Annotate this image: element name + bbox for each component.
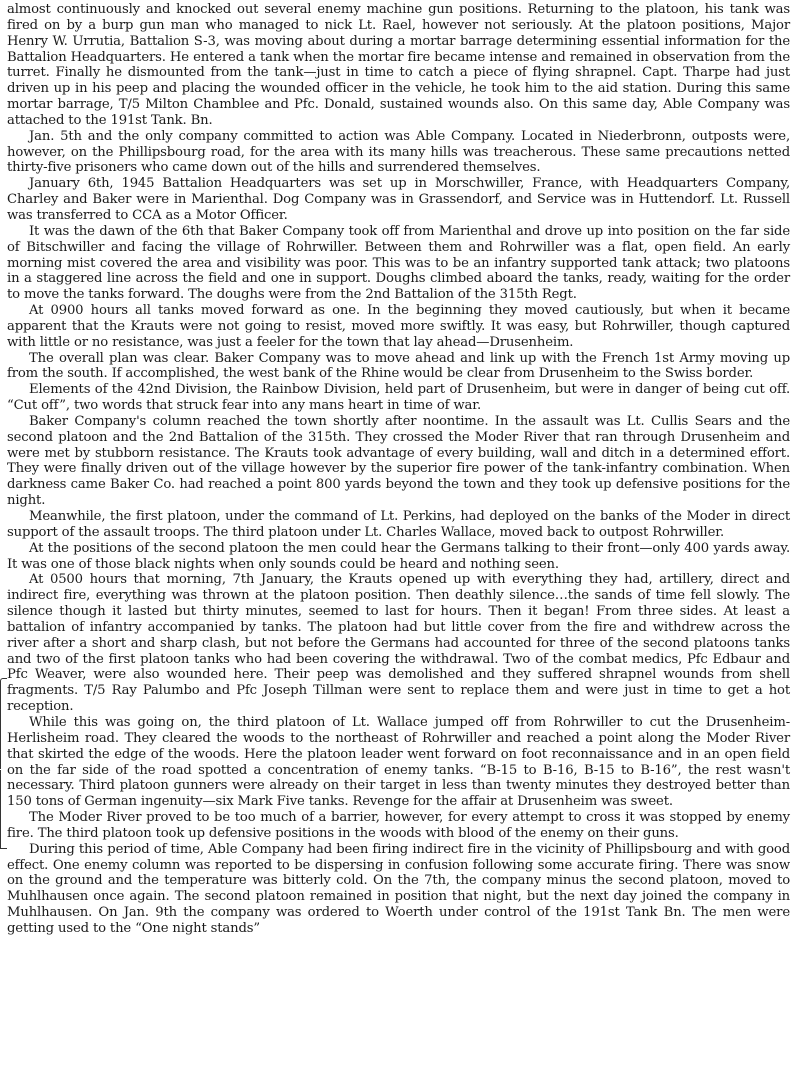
margin-bracket-mark xyxy=(0,770,7,849)
paragraph-10: At the positions of the second platoon t… xyxy=(7,541,790,573)
paragraph-3: January 6th, 1945 Battalion Headquarters… xyxy=(7,176,790,224)
paragraph-11: At 0500 hours that morning, 7th January,… xyxy=(7,572,790,715)
paragraph-2: Jan. 5th and the only company committed … xyxy=(7,129,790,177)
paragraph-9: Meanwhile, the first platoon, under the … xyxy=(7,509,790,541)
paragraph-5: At 0900 hours all tanks moved forward as… xyxy=(7,303,790,351)
paragraph-4: It was the dawn of the 6th that Baker Co… xyxy=(7,224,790,303)
paragraph-14: During this period of time, Able Company… xyxy=(7,842,790,937)
document-page: almost continuously and knocked out seve… xyxy=(7,2,790,937)
margin-bracket-mark xyxy=(0,678,7,769)
paragraph-7: Elements of the 42nd Division, the Rainb… xyxy=(7,382,790,414)
paragraph-13: The Moder River proved to be too much of… xyxy=(7,810,790,842)
paragraph-6: The overall plan was clear. Baker Compan… xyxy=(7,351,790,383)
paragraph-8: Baker Company's column reached the town … xyxy=(7,414,790,509)
paragraph-12: While this was going on, the third plato… xyxy=(7,715,790,810)
paragraph-1: almost continuously and knocked out seve… xyxy=(7,2,790,129)
